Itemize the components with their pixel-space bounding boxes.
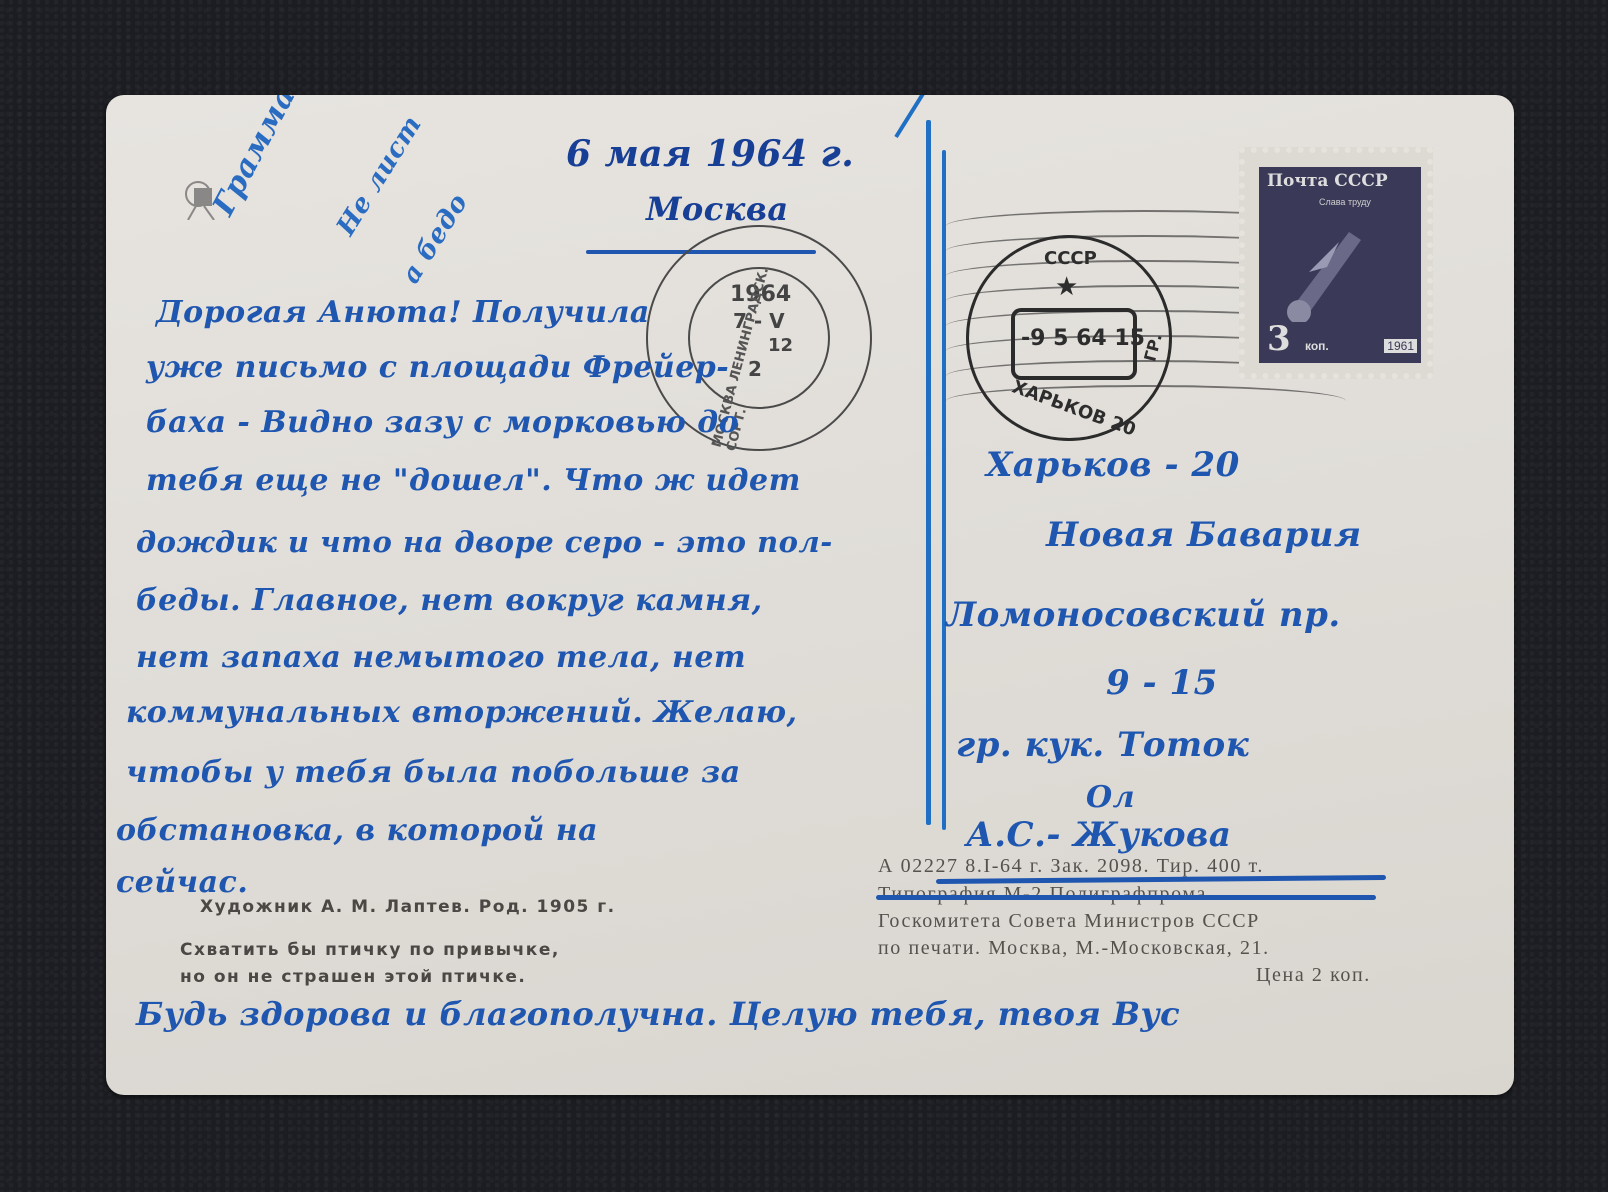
message-line: обстановка, в которой на xyxy=(116,813,598,848)
postcard: Грамма Не лист а бедо 6 мая 1964 г. Моск… xyxy=(106,95,1514,1095)
imprint-line-3: Госкомитета Совета Министров СССР xyxy=(878,910,1260,933)
address-line: А.С.- Жукова xyxy=(966,815,1231,855)
message-line: беды. Главное, нет вокруг камня, xyxy=(136,583,763,618)
message-line: уже письмо с площади Фрейер- xyxy=(146,350,729,385)
address-line: Ол xyxy=(1086,780,1135,815)
imprint-line-4: по печати. Москва, М.-Московская, 21. xyxy=(878,937,1270,960)
imprint-line-5: Цена 2 коп. xyxy=(1256,964,1371,987)
message-line: сейчас. xyxy=(116,865,248,900)
postage-stamp: Почта СССР Слава труду 3 коп. 1961 xyxy=(1239,147,1433,379)
message-line: дождик и что на дворе серо - это пол- xyxy=(136,525,833,559)
message-line: Дорогая Анюта! Получила xyxy=(156,295,650,330)
message-line: нет запаха немытого тела, нет xyxy=(136,640,746,675)
rocket-icon xyxy=(1279,212,1389,322)
message-line: тебя еще не "дошел". Что ж идет xyxy=(146,463,801,498)
message-line: коммунальных вторжений. Желаю, xyxy=(126,695,797,730)
message-line: баха - Видно зазу с морковью до xyxy=(146,405,739,440)
address-line: Новая Бавария xyxy=(1046,515,1362,555)
letter-place: Москва xyxy=(646,190,789,228)
verse-line-2: но он не страшен этой птичке. xyxy=(180,967,526,987)
strike-line xyxy=(876,895,1376,900)
sign-off: Будь здорова и благополучна. Целую тебя,… xyxy=(136,995,1180,1033)
divider-line xyxy=(942,150,946,830)
message-line: чтобы у тебя была побольше за xyxy=(126,755,741,790)
kharkov-postmark: СССР ★ -9 5 64 15 ХАРЬКОВ 20 ГР. xyxy=(966,235,1172,441)
artist-credit: Художник А. М. Лаптев. Род. 1905 г. xyxy=(200,897,616,917)
margin-note-2: Не лист xyxy=(331,111,428,241)
star-icon: ★ xyxy=(1055,272,1078,302)
margin-note-3: а бедо xyxy=(396,188,474,288)
address-line: гр. кук. Тоток xyxy=(956,725,1249,765)
divider-line xyxy=(926,120,931,825)
margin-note-1: Грамма xyxy=(206,95,303,221)
letter-date: 6 мая 1964 г. xyxy=(566,133,854,175)
address-line: 9 - 15 xyxy=(1106,663,1218,703)
address-line: Ломоносовский пр. xyxy=(946,595,1341,635)
imprint-line-1: А 02227 8.I-64 г. Зак. 2098. Тир. 400 т. xyxy=(878,855,1264,878)
address-line: Харьков - 20 xyxy=(986,445,1240,485)
verse-line-1: Схватить бы птичку по привычке, xyxy=(180,940,560,960)
